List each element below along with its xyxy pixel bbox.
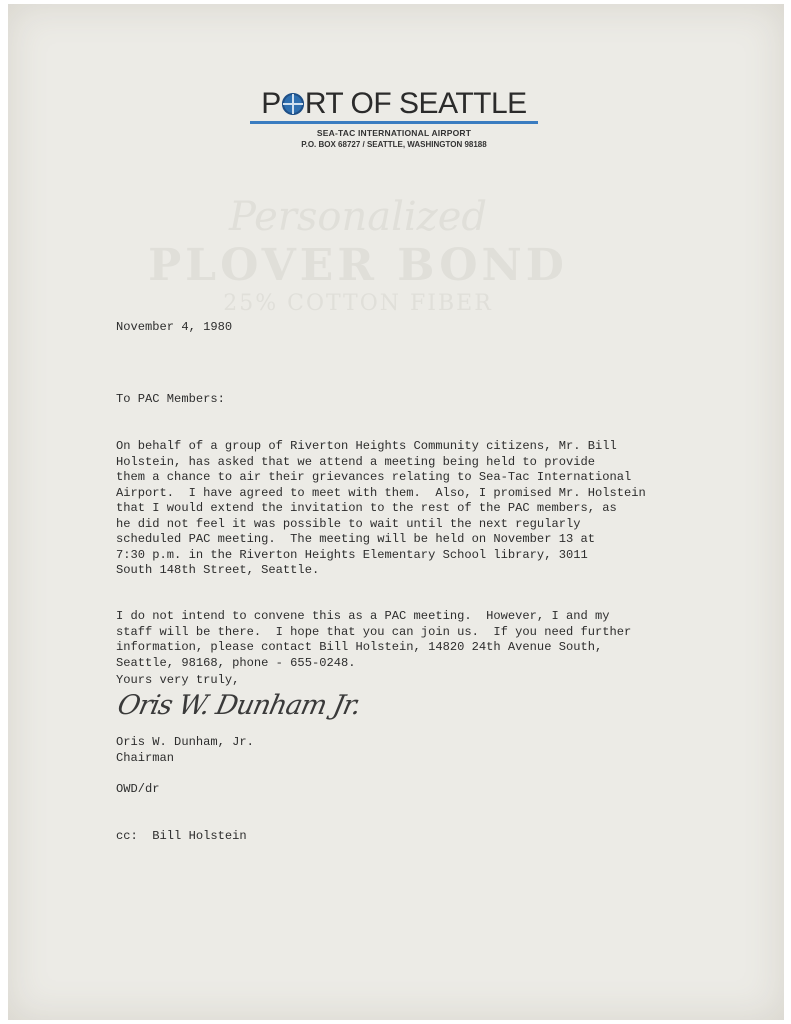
globe-icon [282, 93, 304, 115]
org-name-suffix: RT OF SEATTLE [305, 88, 527, 120]
letter-date: November 4, 1980 [116, 320, 232, 336]
body-paragraph: I do not intend to convene this as a PAC… [116, 609, 631, 671]
watermark-line: 25% COTTON FIBER [148, 291, 568, 316]
salutation: To PAC Members: [116, 392, 225, 408]
body-paragraph: On behalf of a group of Riverton Heights… [116, 439, 646, 579]
signer-title: Chairman [116, 751, 174, 767]
letterhead-subtitle: SEA-TAC INTERNATIONAL AIRPORT [244, 128, 544, 138]
paper-watermark: Personalized PLOVER BOND 25% COTTON FIBE… [148, 194, 568, 316]
letterhead-address: P.O. BOX 68727 / SEATTLE, WASHINGTON 981… [244, 140, 544, 149]
cc-line: cc: Bill Holstein [116, 829, 247, 845]
watermark-line: Personalized [148, 194, 568, 240]
closing: Yours very truly, [116, 673, 239, 689]
signer-name: Oris W. Dunham, Jr. [116, 735, 254, 751]
org-name: P RT OF SEATTLE [244, 88, 544, 120]
watermark-line: PLOVER BOND [148, 240, 568, 291]
signature: Oris W. Dunham Jr. [115, 690, 363, 721]
letterhead-rule [250, 121, 538, 124]
typist-initials: OWD/dr [116, 782, 160, 798]
org-name-prefix: P [261, 88, 281, 120]
letterhead: P RT OF SEATTLE SEA-TAC INTERNATIONAL AI… [244, 88, 544, 149]
